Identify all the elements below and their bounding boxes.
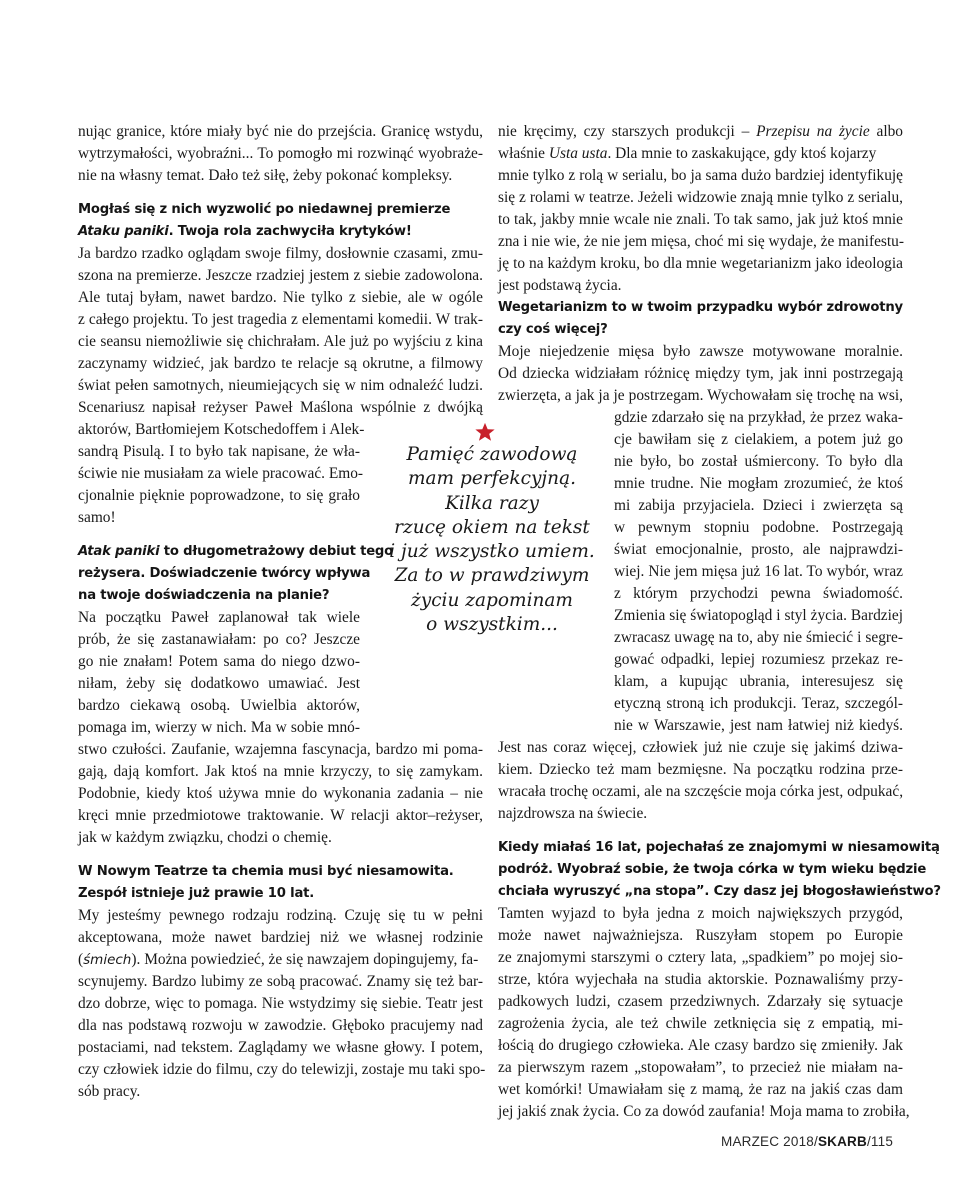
paragraph-line: szona na premierze. Jeszcze rzadziej jes… <box>78 265 483 287</box>
pull-quote-line: Pamięć zawodową <box>376 443 608 467</box>
issue-date: MARZEC 2018 <box>721 1134 814 1149</box>
paragraph-line: wet komórki! Umawiałam się z mamą, że ra… <box>498 1079 903 1101</box>
interview-question: czy coś więcej? <box>498 319 608 341</box>
paragraph-line: wiej. Nie jem mięsa już 16 lat. To wybór… <box>614 561 903 583</box>
pull-quote-line: i już wszystko umiem. <box>376 540 608 564</box>
paragraph-line: stwo czułości. Zaufanie, wzajemna fascyn… <box>78 739 483 761</box>
paragraph-line: My jesteśmy pewnego rodzaju rodziną. Czu… <box>78 905 483 927</box>
pull-quote: Pamięć zawodową mam perfekcyjną. Kilka r… <box>376 443 608 637</box>
paragraph-line: nie w Warszawie, jest nam łatwiej niż ki… <box>614 715 903 737</box>
paragraph-line: sandrą Pisulą. I to było tak napisane, ż… <box>78 441 360 463</box>
paragraph-line: może nawet najważniejsza. Ruszyłam stope… <box>498 925 903 947</box>
pull-quote-line: Kilka razy <box>376 492 608 516</box>
paragraph-line: kręci mnie przedmiotowe traktowanie. W r… <box>78 805 483 827</box>
paragraph-line: mi zabija przyjaciela. Dzieci i zwierzęt… <box>614 495 903 517</box>
paragraph-line: świat pełen samotnych, nieumiejących się… <box>78 375 483 397</box>
paragraph-line: nie kręcimy, czy starszych produkcji – P… <box>498 121 903 143</box>
paragraph-line: świat emocjonalnie, prosto, ale najprawd… <box>614 539 903 561</box>
aside-text: śmiech <box>83 952 131 968</box>
paragraph-line: mnie tylko z rolą w serialu, bo ja sama … <box>498 165 903 187</box>
film-title: Atak paniki <box>78 544 159 559</box>
paragraph-line: jak w każdym związku, chodzi o chemię. <box>78 827 332 849</box>
film-title: Przepisu na życie <box>756 123 870 140</box>
page-footer: MARZEC 2018/SKARB/115 <box>721 1134 893 1149</box>
paragraph-line: akceptowana, może nawet bardziej niż we … <box>78 927 483 949</box>
magazine-name: SKARB <box>818 1134 867 1149</box>
paragraph-line: cie seansu niemożliwie się chichrałam. A… <box>78 331 483 353</box>
text: albo <box>870 123 903 140</box>
paragraph-line: zwracasz uwagę na to, aby nie śmiecić i … <box>614 627 903 649</box>
paragraph-line: nie na własny temat. Dało też siłę, żeby… <box>78 165 452 187</box>
paragraph-line: mnie trudne. Nie mogłam zrozumieć, że kt… <box>614 473 903 495</box>
paragraph-line: samo! <box>78 507 116 529</box>
paragraph-line: cjonalnie pięknie poprowadzone, to się g… <box>78 485 360 507</box>
paragraph-line: Scenariusz napisał reżyser Paweł Maślona… <box>78 397 483 419</box>
paragraph-line: gają, dają komfort. Jak ktoś na mnie krz… <box>78 761 483 783</box>
paragraph-line: aktorów, Bartłomiejem Kotschedoffem i Al… <box>78 419 360 441</box>
paragraph-line: ściwie nie musiałam za wiele pracować. E… <box>78 463 360 485</box>
interview-question: Ataku paniki. Twoja rola zachwyciła kryt… <box>78 221 412 243</box>
paragraph-line: ję to na każdym kroku, bo dla mnie weget… <box>498 253 903 275</box>
paragraph-line: Od dziecka widziałam różnicę między tym,… <box>498 363 903 385</box>
paragraph-line: postaciami, nad tekstem. Zaglądamy we wł… <box>78 1037 483 1059</box>
paragraph-line: wracała trochę oczami, ale na szczęście … <box>498 781 903 803</box>
paragraph-line: pomaga im, wierzy w nich. Ma w sobie mnó… <box>78 717 360 739</box>
paragraph-line: zaczynamy widzieć, jak bardzo te relacje… <box>78 353 483 375</box>
question-text: . Twoja rola zachwyciła krytyków! <box>169 224 412 239</box>
interview-question: na twoje doświadczenia na planie? <box>78 585 329 607</box>
pull-quote-line: o wszystkim... <box>376 613 608 637</box>
paragraph-line: Zmienia się światopogląd i styl życia. B… <box>614 605 903 627</box>
paragraph-line: bardzo ciekawą osobą. Uwielbia aktorów, <box>78 695 360 717</box>
paragraph-line: padkowych ludzi, czasem przedziwnych. Zd… <box>498 991 903 1013</box>
paragraph-line: kiem. Dziecko też mam bezmięsne. Na pocz… <box>498 759 903 781</box>
text: . Dla mnie to zaskakujące, gdy ktoś koja… <box>607 145 876 162</box>
paragraph-line: Ja bardzo rzadko oglądam swoje filmy, do… <box>78 243 483 265</box>
paragraph-line: za pierwszym razem „stopowałam”, to prze… <box>498 1057 903 1079</box>
paragraph-line: (śmiech). Można powiedzieć, że się nawza… <box>78 949 478 971</box>
text: ). Można powiedzieć, że się nawzajem dop… <box>131 951 478 968</box>
paragraph-line: strze, która wyjechała na studia aktorsk… <box>498 969 903 991</box>
interview-question: Wegetarianizm to w twoim przypadku wybór… <box>498 297 903 319</box>
question-text: to długometrażowy debiut tego <box>159 544 393 559</box>
paragraph-line: nie było, bo został uśmiercony. To było … <box>614 451 903 473</box>
pull-quote-line: życiu zapominam <box>376 589 608 613</box>
paragraph-line: zagrożenia życia, ale też chwile zetknię… <box>498 1013 903 1035</box>
paragraph-line: właśnie Usta usta. Dla mnie to zaskakują… <box>498 143 903 165</box>
magazine-page: nując granice, które miały być nie do pr… <box>0 0 958 1200</box>
text: właśnie <box>498 145 549 162</box>
paragraph-line: zwierzęta, a jak ja je postrzegam. Wycho… <box>498 385 903 407</box>
paragraph-line: gdzie zdarzało się na przykład, że przez… <box>614 407 903 429</box>
film-title: Ataku paniki <box>78 224 169 239</box>
paragraph-line: Podobnie, kiedy ktoś używa mnie do wykon… <box>78 783 483 805</box>
interview-question: podróż. Wyobraź sobie, że twoja córka w … <box>498 859 926 881</box>
paragraph-line: Tamten wyjazd to była jedna z moich najw… <box>498 903 903 925</box>
paragraph-line: łością do drugiego człowieka. Ale czasy … <box>498 1035 903 1057</box>
paragraph-line: etyczną stroną ich produkcji. Teraz, szc… <box>614 693 903 715</box>
paragraph-line: Na początku Paweł zaplanował tak wiele <box>78 607 360 629</box>
paragraph-line: najzdrowsza na świecie. <box>498 803 647 825</box>
paragraph-line: sób pracy. <box>78 1081 140 1103</box>
paragraph-line: Jest nas coraz więcej, człowiek już nie … <box>498 737 903 759</box>
paragraph-line: cje bawiłam się z cielakiem, a potem już… <box>614 429 903 451</box>
paragraph-line: czy człowiek idzie do filmu, czy do tele… <box>78 1059 483 1081</box>
pull-quote-line: Za to w prawdziwym <box>376 564 608 588</box>
interview-question: Mogłaś się z nich wyzwolić po niedawnej … <box>78 199 450 221</box>
paragraph-line: nując granice, które miały być nie do pr… <box>78 121 483 143</box>
paragraph-line: jej jakiś znak życia. Co za dowód zaufan… <box>498 1101 903 1123</box>
text: nie kręcimy, czy starszych produkcji – <box>498 123 756 140</box>
paragraph-line: z całego projektu. To jest tragedia z el… <box>78 309 483 331</box>
paragraph-line: ze znajomymi starszymi o cztery lata, „s… <box>498 947 903 969</box>
interview-question: Atak paniki to długometrażowy debiut teg… <box>78 541 393 563</box>
paragraph-line: Moje niejedzenie mięsa było zawsze motyw… <box>498 341 903 363</box>
page-number: 115 <box>871 1134 893 1149</box>
film-title: Usta usta <box>549 145 608 162</box>
paragraph-line: klam, a kupując ubrania, interesujesz si… <box>614 671 903 693</box>
interview-question: reżysera. Doświadczenie twórcy wpływa <box>78 563 360 585</box>
paragraph-line: dzo dobrze, więc to pomaga. Nie wstydzim… <box>78 993 483 1015</box>
paragraph-line: wytrzymałości, wyobraźni... To pomogło m… <box>78 143 483 165</box>
paragraph-line: to tak, jakby mnie wcale nie znali. To t… <box>498 209 903 231</box>
paragraph-line: niłam, żeby się dodatkowo umawiać. Jest <box>78 673 360 695</box>
paragraph-line: prób, że się zastanawiałam: po co? Jeszc… <box>78 629 360 651</box>
interview-question: chciała wyruszyć „na stopa”. Czy dasz je… <box>498 881 941 903</box>
paragraph-line: gować odpadki, lepiej rozumiesz przekaz … <box>614 649 903 671</box>
pull-quote-line: rzucę okiem na tekst <box>376 516 608 540</box>
star-icon <box>474 421 496 443</box>
paragraph-line: jest podstawą życia. <box>498 275 622 297</box>
pull-quote-line: mam perfekcyjną. <box>376 467 608 491</box>
interview-question: Kiedy miałaś 16 lat, pojechałaś ze znajo… <box>498 837 940 859</box>
paragraph-line: zna i nie wie, że nie jem mięsa, choć mi… <box>498 231 903 253</box>
paragraph-line: z którym przychodzi pewna świadomość. <box>614 583 903 605</box>
paragraph-line: dla nas podstawą rozwoju w zawodzie. Głę… <box>78 1015 483 1037</box>
interview-question: W Nowym Teatrze ta chemia musi być niesa… <box>78 861 454 883</box>
paragraph-line: się z rolami w teatrze. Jeżeli widzowie … <box>498 187 903 209</box>
paragraph-line: go nie znałam! Potem sama do niego dzwo- <box>78 651 360 673</box>
paragraph-line: Ale tutaj byłam, nawet bardzo. Nie tylko… <box>78 287 483 309</box>
interview-question: Zespół istnieje już prawie 10 lat. <box>78 883 314 905</box>
paragraph-line: scynujemy. Bardzo lubimy ze sobą pracowa… <box>78 971 483 993</box>
paragraph-line: w pewnym stopniu podobne. Postrzegają <box>614 517 903 539</box>
